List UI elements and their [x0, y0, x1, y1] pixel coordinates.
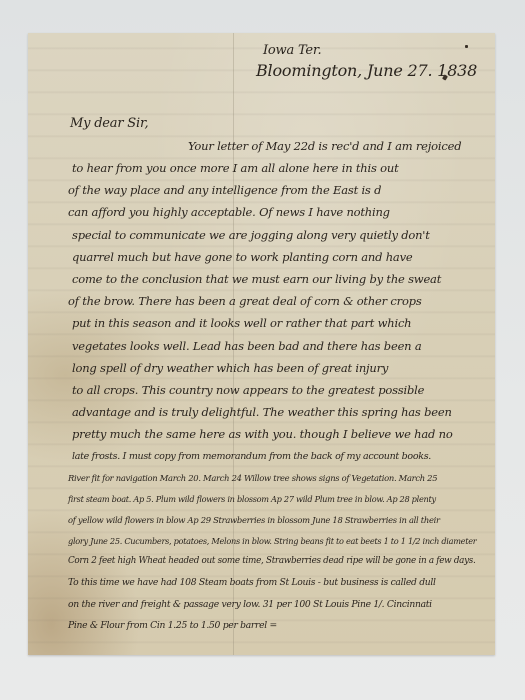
- letter-line: glory June 25. Cucumbers, potatoes, Melo…: [68, 536, 476, 546]
- letter-line: of yellow wild flowers in blow Ap 29 Str…: [68, 515, 440, 525]
- letter-line: of the brow. There has been a great deal…: [68, 294, 422, 308]
- letter-line: first steam boat. Ap 5. Plum wild flower…: [68, 494, 436, 504]
- letter-line: quarrel much but have gone to work plant…: [72, 250, 412, 264]
- letter-line: put in this season and it looks well or …: [72, 316, 411, 330]
- letter-line: of the way place and any intelligence fr…: [68, 183, 381, 197]
- letter-line: pretty much the same here as with you. t…: [72, 427, 453, 441]
- letter-line: to all crops. This country now appears t…: [72, 383, 424, 397]
- letter-line: vegetates looks well. Lead has been bad …: [72, 339, 422, 353]
- letter-date-line: Bloomington, June 27. 1838: [256, 61, 477, 80]
- letter-paper: Iowa Ter. Bloomington, June 27. 1838 My …: [28, 33, 495, 655]
- letter-line: Your letter of May 22d is rec'd and I am…: [188, 139, 461, 153]
- letter-line: to hear from you once more I am all alon…: [72, 161, 399, 175]
- letter-line: Corn 2 feet high Wheat headed out some t…: [68, 556, 476, 566]
- letter-line: come to the conclusion that we must earn…: [72, 272, 441, 286]
- letter-line: long spell of dry weather which has been…: [72, 361, 388, 375]
- letter-line: River fit for navigation March 20. March…: [68, 473, 437, 483]
- letter-line: late frosts. I must copy from memorandum…: [72, 451, 431, 462]
- letter-line: Pine & Flour from Cin 1.25 to 1.50 per b…: [68, 620, 277, 631]
- letter-place-line: Iowa Ter.: [263, 43, 321, 58]
- letter-line: on the river and freight & passage very …: [68, 599, 432, 610]
- ink-speck: [465, 45, 468, 48]
- letter-line: special to communicate we are jogging al…: [72, 228, 430, 242]
- letter-salutation: My dear Sir,: [70, 116, 148, 131]
- letter-line: advantage and is truly delightful. The w…: [72, 405, 452, 419]
- letter-line: can afford you highly acceptable. Of new…: [68, 205, 390, 219]
- letter-line: To this time we have had 108 Steam boats…: [68, 577, 436, 588]
